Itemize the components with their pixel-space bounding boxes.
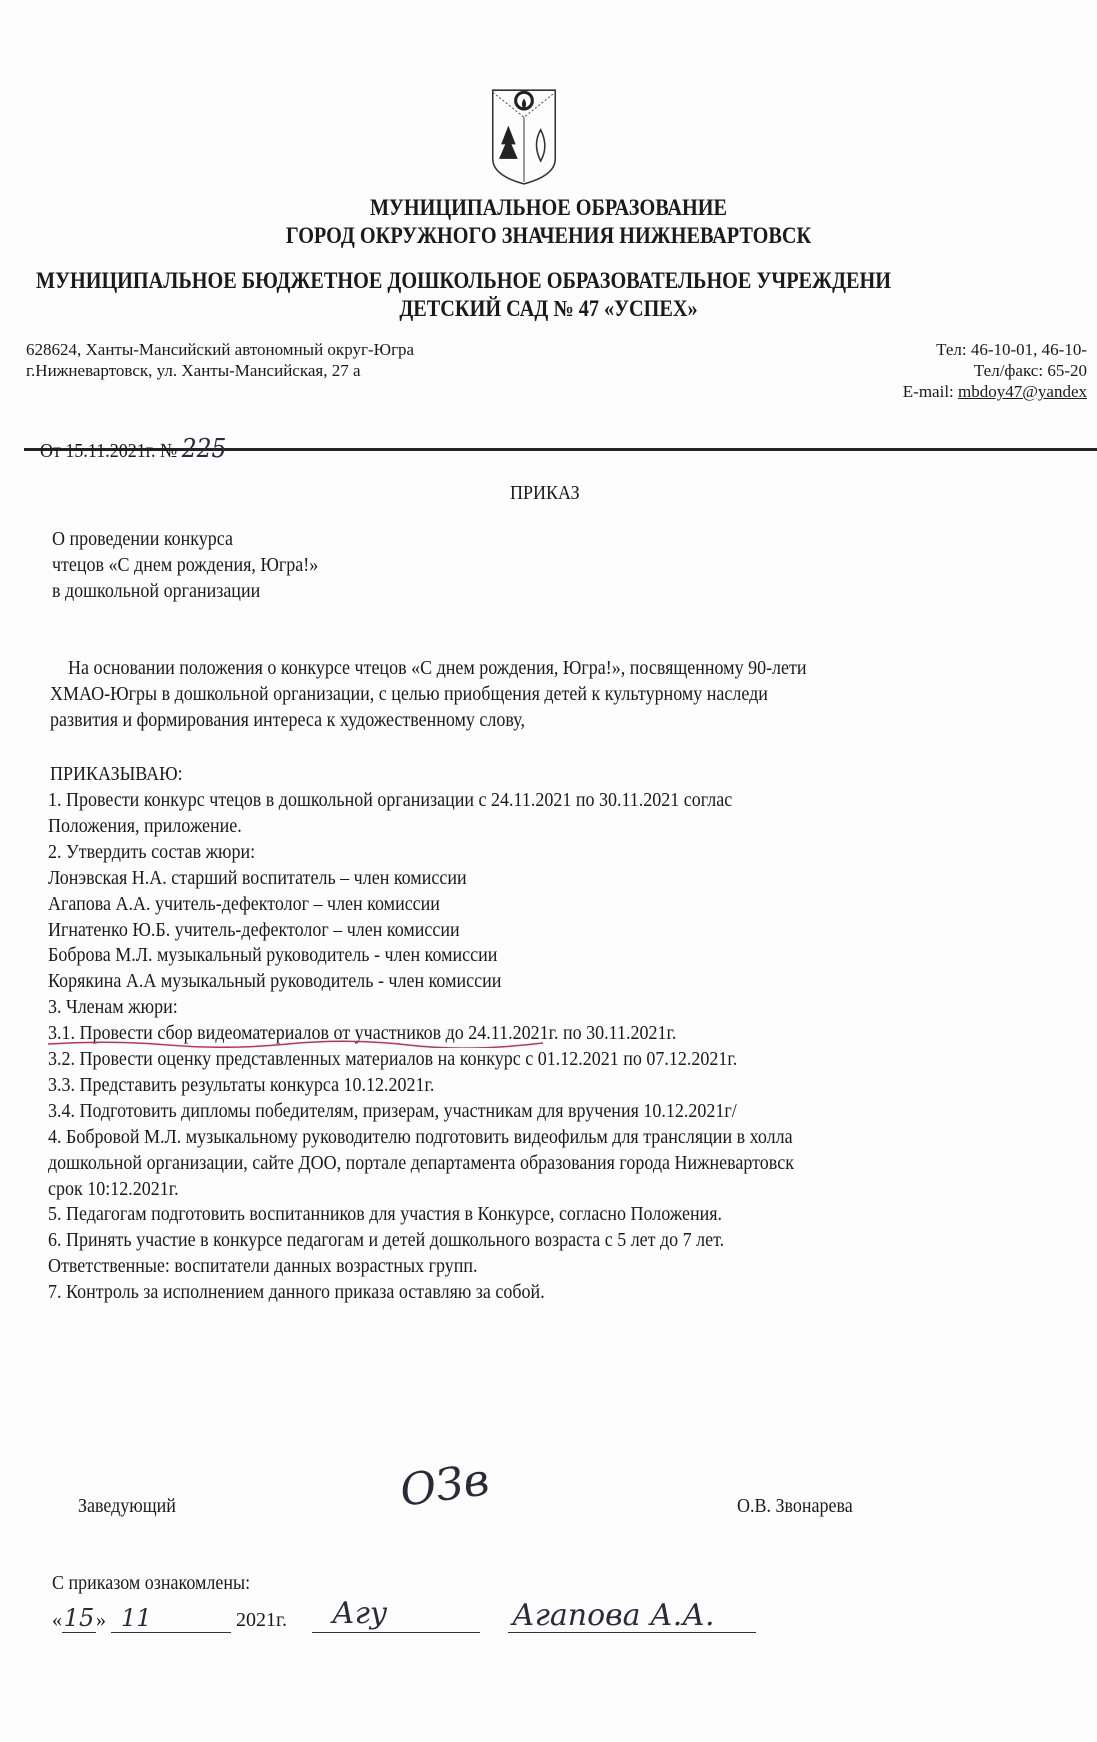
ack-year: 2021г. [236, 1609, 287, 1631]
fax: Тел/факс: 65-20 [974, 361, 1087, 381]
signatory-name: О.В. Звонарева [737, 1495, 853, 1518]
institution-title: МУНИЦИПАЛЬНОЕ БЮДЖЕТНОЕ ДОШКОЛЬНОЕ ОБРАЗ… [36, 268, 891, 294]
order-number: 225 [182, 434, 227, 464]
order-item-line: 3.3. Представить результаты конкурса 10.… [48, 1074, 434, 1097]
address-line-2: г.Нижневартовск, ул. Ханты-Мансийская, 2… [26, 361, 361, 381]
order-date-text: От 15.11.2021г. № [40, 440, 177, 462]
phone: Тел: 46-10-01, 46-10- [936, 340, 1087, 360]
order-item-line: дошкольной организации, сайте ДОО, порта… [48, 1152, 794, 1175]
director-signature: ОЗв [397, 1454, 492, 1517]
order-item-line: Корякина А.А музыкальный руководитель - … [48, 970, 501, 993]
name-line [508, 1632, 756, 1633]
order-item-line: Боброва М.Л. музыкальный руководитель - … [48, 944, 497, 967]
order-title: ПРИКАЗ [510, 482, 580, 505]
signature-line [312, 1632, 480, 1633]
order-item-line: 4. Бобровой М.Л. музыкальному руководите… [48, 1126, 793, 1149]
order-item-line: 3.4. Подготовить дипломы победителям, пр… [48, 1100, 737, 1123]
order-word: ПРИКАЗЫВАЮ: [50, 763, 183, 786]
red-underline-mark [48, 1040, 543, 1048]
order-item-line: 1. Провести конкурс чтецов в дошкольной … [48, 789, 732, 812]
order-item-line: 2. Утвердить состав жюри: [48, 841, 255, 864]
order-item-line: Лонэвская Н.А. старший воспитатель – чле… [48, 867, 467, 890]
preamble-line: развития и формирования интереса к худож… [50, 709, 525, 732]
acknowledgement-label: С приказом ознакомлены: [52, 1572, 250, 1595]
subject-line: в дошкольной организации [52, 580, 260, 603]
email-label: E-mail: [903, 382, 958, 401]
kindergarten-title: ДЕТСКИЙ САД № 47 «УСПЕХ» [66, 296, 1031, 322]
ack-month: 11 [111, 1604, 231, 1633]
email-link[interactable]: mbdoy47@yandex [958, 382, 1087, 401]
city-title: ГОРОД ОКРУЖНОГО ЗНАЧЕНИЯ НИЖНЕВАРТОВСК [66, 223, 1031, 249]
signatory-position: Заведующий [78, 1495, 176, 1518]
order-item-line: 7. Контроль за исполнением данного прика… [48, 1281, 545, 1304]
address-line-1: 628624, Ханты-Мансийский автономный окру… [26, 340, 414, 360]
order-item-line: Положения, приложение. [48, 815, 242, 838]
order-item-line: Ответственные: воспитатели данных возрас… [48, 1255, 478, 1278]
municipality-title: МУНИЦИПАЛЬНОЕ ОБРАЗОВАНИЕ [66, 195, 1031, 221]
preamble-line: На основании положения о конкурсе чтецов… [68, 657, 807, 680]
email-line: E-mail: mbdoy47@yandex [903, 382, 1087, 402]
acknowledger-signature: Агу [332, 1596, 387, 1631]
order-item-line: 5. Педагогам подготовить воспитанников д… [48, 1203, 722, 1226]
order-item-line: Игнатенко Ю.Б. учитель-дефектолог – член… [48, 919, 460, 942]
coat-of-arms-icon [488, 86, 560, 186]
order-item-line: 6. Принять участие в конкурсе педагогам … [48, 1229, 724, 1252]
preamble-line: ХМАО-Югры в дошкольной организации, с це… [50, 683, 768, 706]
order-item-line: 3. Членам жюри: [48, 996, 178, 1019]
order-item-line: Агапова А.А. учитель-дефектолог – член к… [48, 893, 440, 916]
order-item-line: срок 10:12.2021г. [48, 1178, 179, 1201]
order-date: От 15.11.2021г. № 225 [40, 434, 226, 464]
subject-line: О проведении конкурса [52, 528, 233, 551]
acknowledgement-date: «15» 11 2021г. [52, 1604, 287, 1633]
acknowledger-name: Агапова А.А. [512, 1598, 715, 1633]
subject-line: чтецов «С днем рождения, Югра!» [52, 554, 318, 577]
order-item-line: 3.2. Провести оценку представленных мате… [48, 1048, 737, 1071]
ack-day: 15 [62, 1604, 96, 1633]
